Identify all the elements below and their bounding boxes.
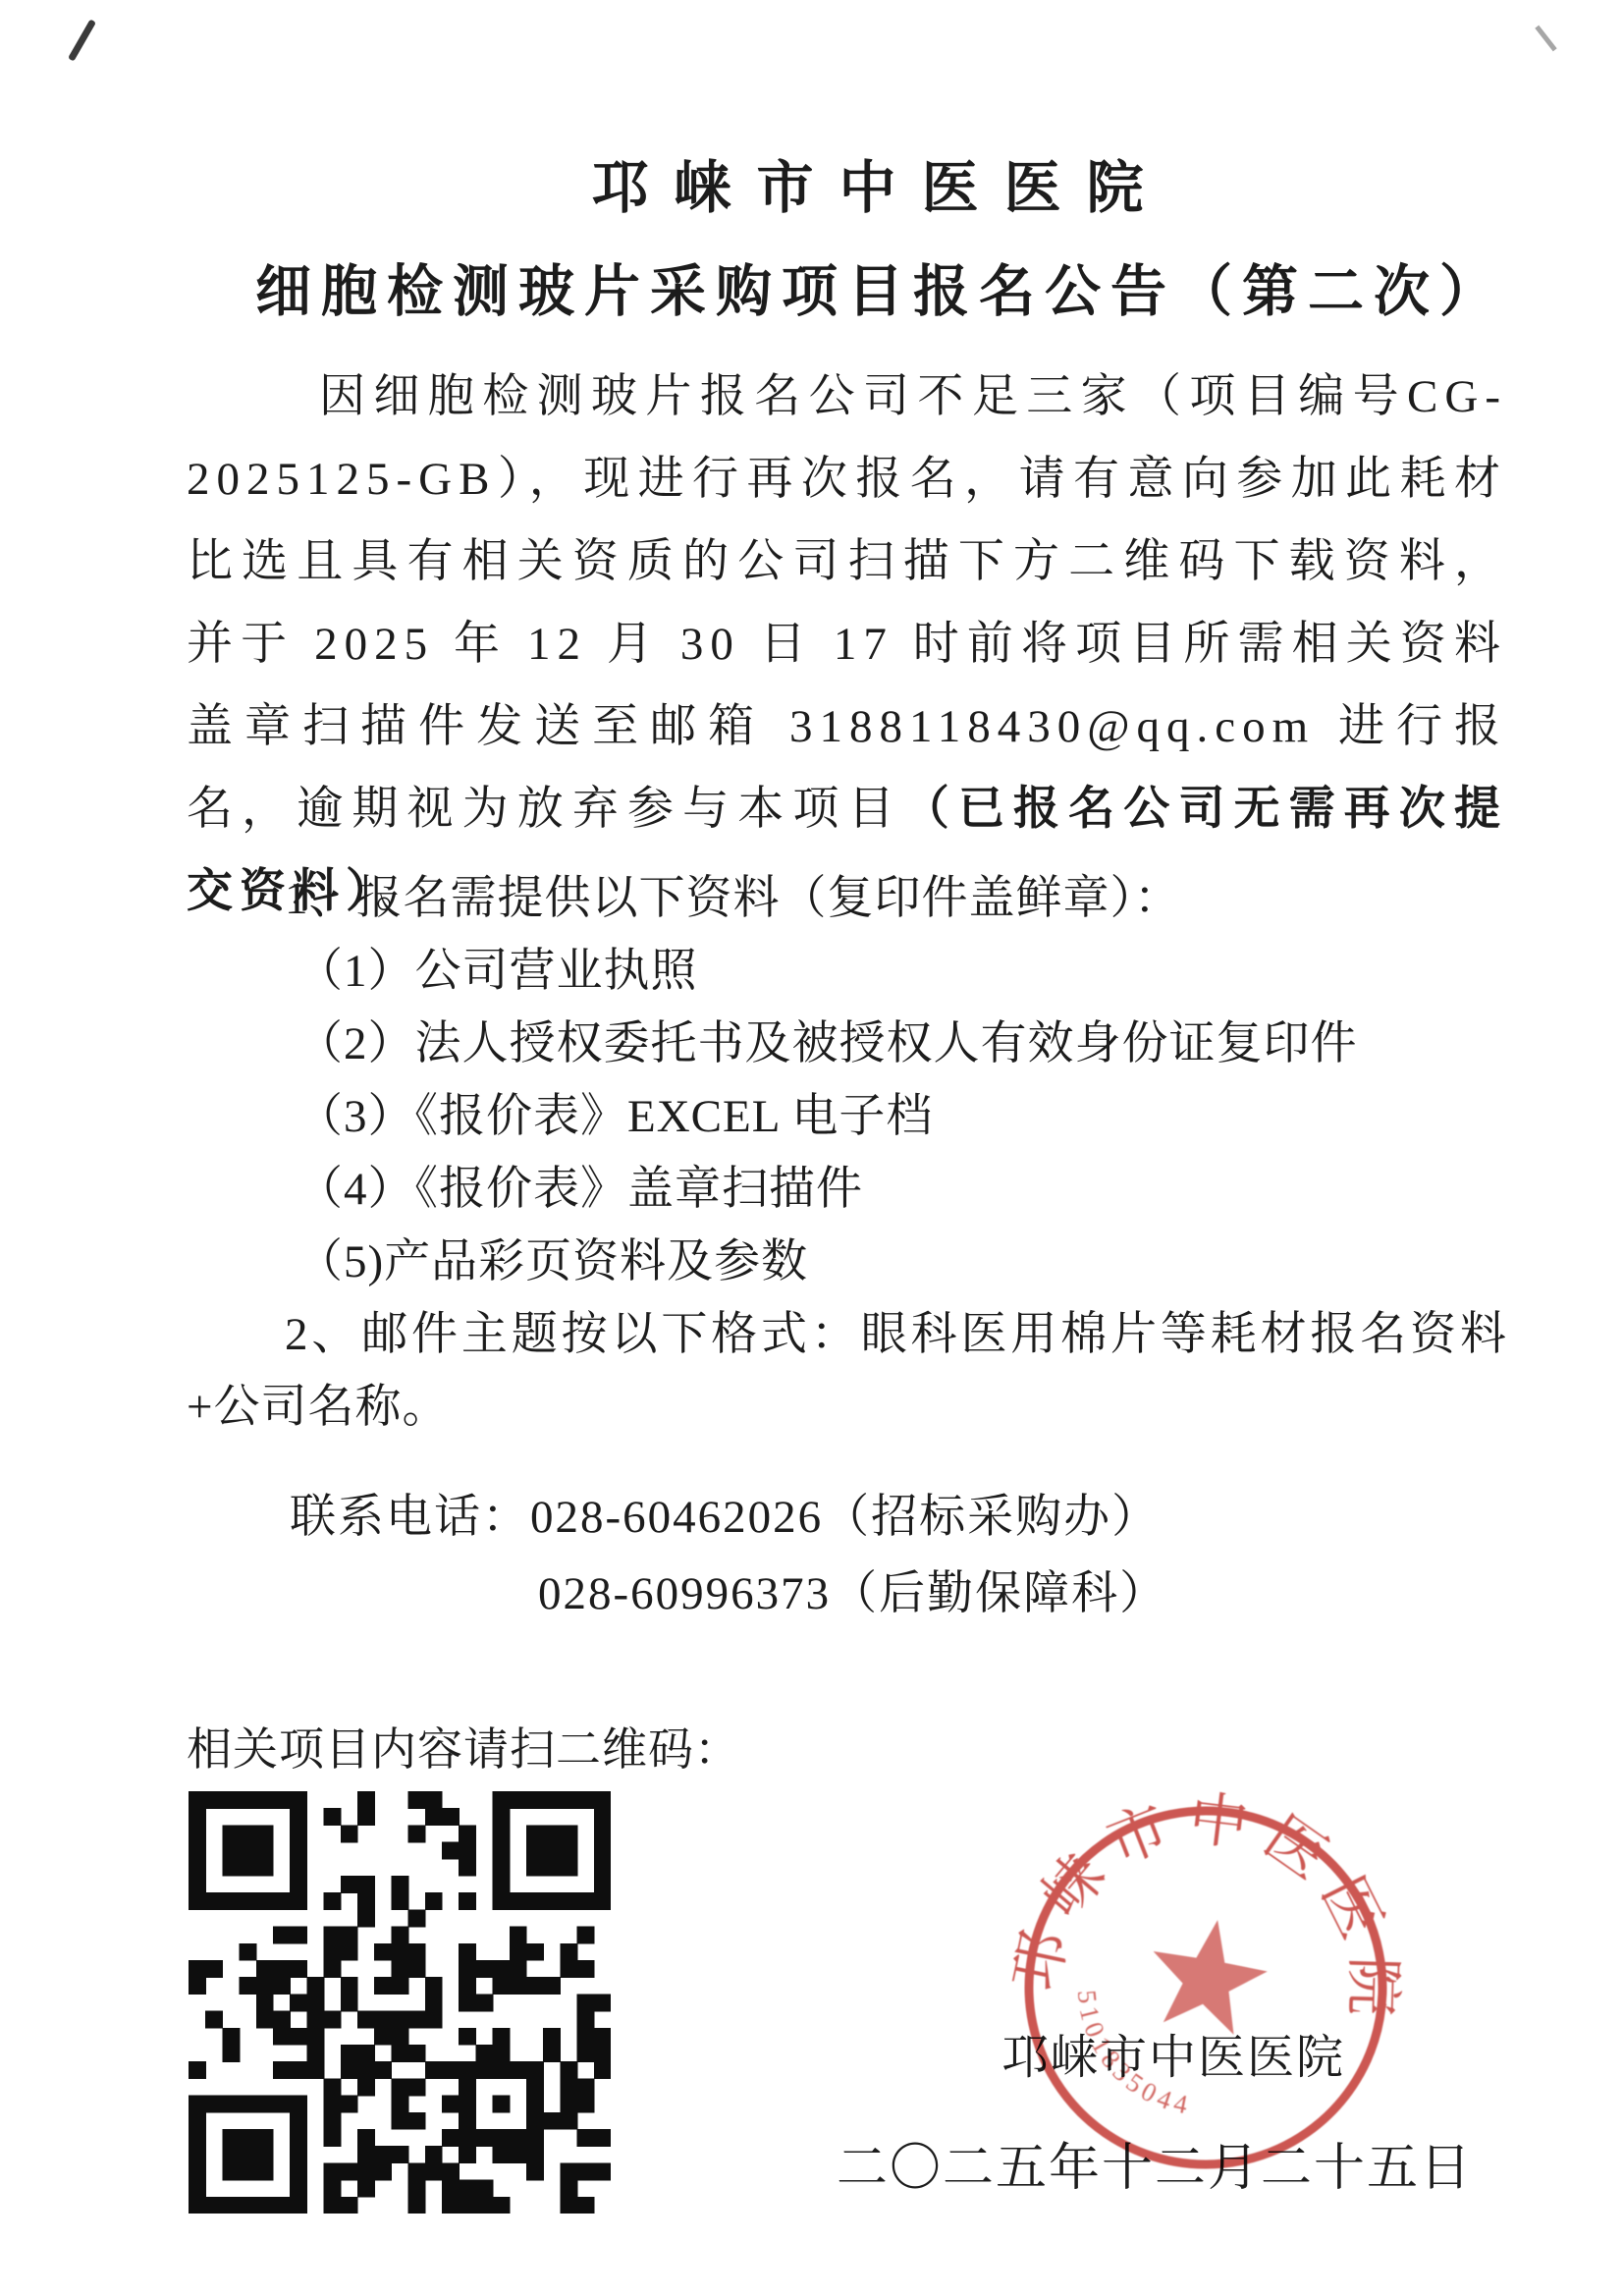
requirement-item-1: （1）公司营业执照: [187, 935, 1507, 1008]
intro-text: 因细胞检测玻片报名公司不足三家（项目编号CG-2025125-GB），现进行再次…: [187, 371, 1507, 835]
stamp-arc-text: 邛崃市中医医院: [1009, 1791, 1402, 2054]
requirements-section: 1、报名需提供以下资料（复印件盖鲜章）： （1）公司营业执照 （2）法人授权委托…: [187, 862, 1507, 1444]
email-subject-rule: 2、邮件主题按以下格式：眼科医用棉片等耗材报名资料+公司名称。: [187, 1298, 1507, 1444]
contact-section: 联系电话：028-60462026（招标采购办） 028-60996373（后勤…: [187, 1479, 1167, 1632]
svg-text:邛崃市中医医院: 邛崃市中医医院: [1009, 1791, 1402, 2054]
qr-code: [189, 1791, 611, 2214]
qr-caption: 相关项目内容请扫二维码：: [187, 1711, 740, 1789]
scan-artifact: [68, 19, 96, 61]
requirements-heading: 1、报名需提供以下资料（复印件盖鲜章）：: [187, 862, 1507, 935]
requirement-item-5: （5)产品彩页资料及参数: [187, 1226, 1507, 1298]
document-subtitle: 细胞检测玻片采购项目报名公告（第二次）: [216, 247, 1544, 338]
intro-paragraph: 因细胞检测玻片报名公司不足三家（项目编号CG-2025125-GB），现进行再次…: [187, 355, 1507, 933]
requirement-item-3: （3）《报价表》EXCEL 电子档: [187, 1080, 1507, 1153]
requirement-item-4: （4）《报价表》盖章扫描件: [187, 1153, 1507, 1226]
scanned-document-page: 邛崃市中医医院 细胞检测玻片采购项目报名公告（第二次） 因细胞检测玻片报名公司不…: [0, 0, 1623, 2296]
scan-artifact: [1535, 26, 1556, 52]
stamp-star: [1142, 1910, 1275, 2039]
contact-phone-1: 联系电话：028-60462026（招标采购办）: [187, 1479, 1167, 1556]
contact-phone-2: 028-60996373（后勤保障科）: [187, 1556, 1167, 1632]
document-title: 邛崃市中医医院: [216, 153, 1544, 224]
official-stamp: 邛崃市中医医院 5101835044: [1009, 1791, 1402, 2184]
requirement-item-2: （2）法人授权委托书及被授权人有效身份证复印件: [187, 1008, 1507, 1080]
